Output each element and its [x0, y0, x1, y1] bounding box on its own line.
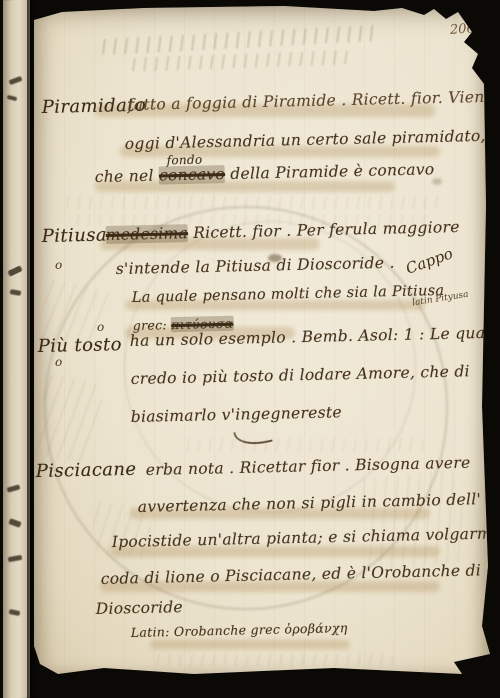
superscript-abbreviation: te — [492, 524, 500, 535]
entry-headword: Più tosto — [38, 334, 123, 357]
insertion-mark: o — [97, 320, 104, 334]
correction: fondoconcavo — [159, 165, 226, 184]
ink-fragment — [8, 518, 21, 528]
manuscript-page: 206 Piramidato fatto a foggia di Piramid… — [34, 6, 490, 682]
margin-word: Cappo — [403, 244, 455, 278]
bleedthrough-mark — [184, 438, 424, 452]
ink-fragment — [7, 265, 22, 276]
bleedthrough-mark — [130, 50, 350, 72]
insertion-mark: o — [55, 355, 62, 369]
stain — [150, 640, 350, 649]
entry-headword: Pisciacane — [36, 459, 137, 482]
ink-fragment — [7, 95, 18, 101]
line-text: della Piramide è concavo — [225, 160, 435, 183]
strikethrough-text: medesima — [106, 224, 189, 244]
entry-body-line: Latin: Orobanche grec ὀροβάνχη — [131, 620, 348, 640]
strikethrough-text: concavo — [159, 165, 226, 184]
entry-headword: Pitiusa — [42, 225, 108, 247]
ink-blot — [432, 178, 442, 185]
entry-body-line: Dioscoride — [96, 598, 184, 618]
line-text: che nel — [95, 167, 160, 186]
ink-fragment — [9, 609, 21, 616]
bleedthrough-mark — [154, 654, 394, 666]
page-number: 206 — [450, 21, 476, 38]
manuscript-photo: 206 Piramidato fatto a foggia di Piramid… — [0, 0, 500, 698]
ink-fragment — [9, 76, 23, 85]
ink-fragment — [7, 484, 21, 492]
previous-page-edge — [3, 0, 30, 698]
ink-fragment — [10, 289, 22, 296]
insertion-mark: o — [55, 258, 62, 272]
bleedthrough-mark — [64, 196, 444, 209]
ink-fragment — [8, 555, 23, 562]
superscript-correction: fondo — [166, 153, 202, 168]
